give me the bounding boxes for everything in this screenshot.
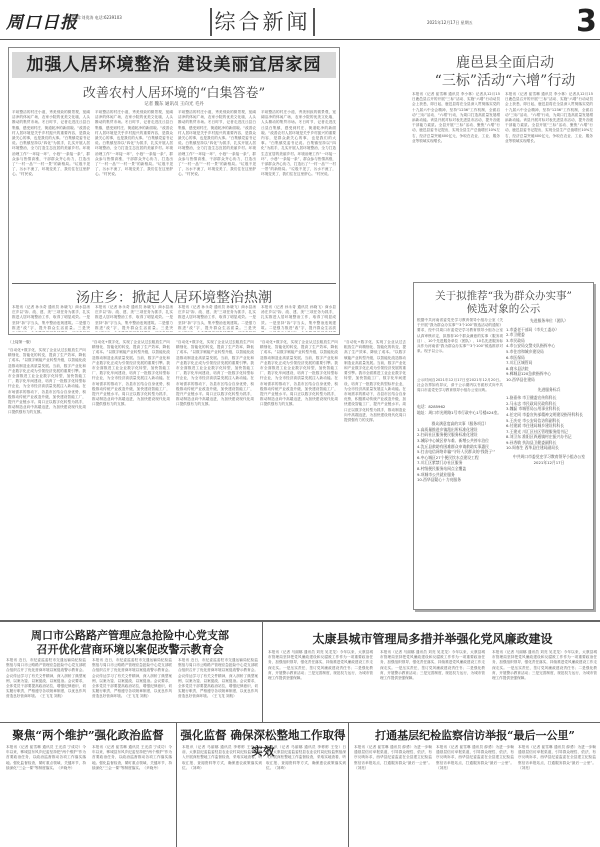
person-item: 10.周春生 西华县住建局副局长 xyxy=(506,445,592,451)
notice-persons-title: 先进服务标兵 xyxy=(506,387,592,393)
bottom-body: 本报讯 近日，市纪委监委驻市交通运输局纪检监察组与周口市公路路产管理应急抢险中心… xyxy=(92,658,172,718)
bottom-headline-3[interactable]: 聚焦“两个维护”强化政治监督 xyxy=(0,727,176,743)
date-line: 2021年12月17日 星期五 xyxy=(427,20,473,26)
divider xyxy=(0,722,600,723)
article-body-col3: 本报讯（记者 孙永奇 通讯员 孙晓飞）商水县汤庄乡以“拆、改、建、美”三项任务为… xyxy=(178,305,256,332)
bottom-body: 本报讯（记者 马丽娜 通讯员 刘亮 吴龙龙）今年以来，太康县城市管理局坚持把党风… xyxy=(380,650,485,718)
notice-address: 地址：周口市光明路1号市行政中心1号楼424室。 xyxy=(417,410,503,416)
continued-body-col3: “自动化+数字化，实现了企业从过去粗放生产向精细化、智能化的转变，提高了生产效率… xyxy=(176,340,254,598)
bottom-body: 本报讯（记者 崔雪琳 通讯员 薛勇）为进一步畅通基层信访举报渠道，引导群众理性、… xyxy=(354,745,432,845)
divider xyxy=(0,620,600,622)
notice-headline-2[interactable]: 候选对象的公示 xyxy=(413,301,594,316)
right-body-col1: 本报讯（记者 崔雪琳 通讯员 李小林）记者从12月15日鹿邑县召开的开展“三标”… xyxy=(412,92,500,274)
article-headline-tangzhuang[interactable]: 汤庄乡：掀起人居环境整治热潮 xyxy=(12,287,336,307)
continued-body-col4: “自动化+数字化，实现了企业从过去粗放生产向精细化、智能化的转变，提高了生产效率… xyxy=(260,340,338,598)
bottom-body: 本报讯（记者 马丽娜 通讯员 李彬彬 王莹）日前，太康县纪委监委驻县农业农村局纪… xyxy=(182,745,262,845)
continued-body-col2: “自动化+数字化，实现了企业从过去粗放生产向精细化、智能化的转变，提高了生产效率… xyxy=(92,340,170,598)
right-headline-2[interactable]: “三标”活动“六增”行动 xyxy=(410,70,600,90)
bottom-body: 本报讯 近日，市纪委监委驻市交通运输局纪检监察组与周口市公路路产管理应急抢险中心… xyxy=(178,658,258,718)
article-body-col4: 平坦整洁的村庄小道，秀美别致的微景观，宽阔洁净的休闲广场，农家小院的优美文化墙，… xyxy=(261,110,336,280)
right-headline-1[interactable]: 鹿邑县全面启动 xyxy=(410,52,600,72)
page-number: 3 xyxy=(576,4,597,39)
bottom-body: 本报讯（记者 崔雪琳 通讯员 王光清 宁成功）今年以来，郸城县东风乡纪委坚持把“… xyxy=(6,745,86,845)
article-byline: 记者 魏东 通讯员 王向光 毛丹 xyxy=(12,101,336,107)
continued-body-col5: “自动化+数字化，实现了企业从过去粗放生产向精细化、智能化的转变，提高了生产效率… xyxy=(344,340,406,598)
notice-right-col: 先进服务单位（团队） 1.市委老干部局（市关工委办） 2.市卫健委 3.市民政局… xyxy=(506,318,592,608)
article-body-col1: 本报讯（记者 孙永奇 通讯员 孙晓飞）商水县汤庄乡以“拆、改、建、美”三项任务为… xyxy=(12,305,90,332)
divider xyxy=(12,283,336,284)
project-item: 5.打击电信网络诈骗“守好人民群众的‘钱袋子’” xyxy=(417,449,503,455)
article-body-col1: 平坦整洁的村庄小道，秀美别致的微景观，宽阔洁净的休闲广场，农家小院的优美文化墙，… xyxy=(12,110,90,280)
divider xyxy=(262,622,263,722)
notice-units-title: 先进服务单位（团队） xyxy=(506,318,592,324)
editor-info: 值班编辑:刘贵涛 电话:6239103 xyxy=(64,15,122,21)
notice-intro: 根据中共河南省委党史学习教育领导小组办公室《关于开展“我为群众办实事”“3个10… xyxy=(417,318,503,378)
notice-signature: 中共周口市委党史学习教育领导小组办公室 xyxy=(506,454,592,460)
bottom-headline-2[interactable]: 太康县城市管理局多措并举强化党风廉政建设 xyxy=(265,630,600,647)
section-title: 综合新闻 xyxy=(210,8,315,36)
bottom-body: 本报讯（记者 马丽娜 通讯员 李彬彬 王莹）日前，太康县纪委监委驻县农业农村局纪… xyxy=(266,745,346,845)
divider xyxy=(176,723,177,847)
bottom-body: 本报讯（记者 马丽娜 通讯员 刘亮 吴龙龙）今年以来，太康县城市管理局坚持把党风… xyxy=(492,650,597,718)
article-body-col3: 平坦整洁的村庄小道，秀美别致的微景观，宽阔洁净的休闲广场，农家小院的优美文化墙，… xyxy=(178,110,256,280)
divider xyxy=(348,723,349,847)
project-item: 10.西华县疑心＋力亮服务 xyxy=(417,477,503,483)
notice-period: 公示时间自2021年12月17日至2021年12月20日。社会各界如有异议，请于… xyxy=(417,378,503,404)
bottom-body: 本报讯（记者 崔雪琳 通讯员 薛勇）为进一步畅通基层信访举报渠道，引导群众理性、… xyxy=(518,745,596,845)
bottom-body: 本报讯 近日，市纪委监委驻市交通运输局纪检监察组与周口市公路路产管理应急抢险中心… xyxy=(6,658,86,718)
article-body-col4: 本报讯（记者 孙永奇 通讯员 孙晓飞）商水县汤庄乡以“拆、改、建、美”三项任务为… xyxy=(261,305,336,332)
continued-body-col1: “自动化+数字化，实现了企业从过去粗放生产向精细化、智能化的转变，提高了生产效率… xyxy=(8,348,86,598)
bottom-body: 本报讯（记者 崔雪琳 通讯员 王光清 宁成功）今年以来，郸城县东风乡纪委坚持把“… xyxy=(92,745,172,845)
notice-date: 2021年12月17日 xyxy=(506,460,592,466)
bottom-body: 本报讯（记者 崔雪琳 通讯员 薛勇）为进一步畅通基层信访举报渠道，引导群众理性、… xyxy=(436,745,514,845)
masthead: 周口日报 值班编辑:刘贵涛 电话:6239103 综合新闻 2021年12月17… xyxy=(0,0,600,40)
article-headline-baiji[interactable]: 改善农村人居环境的“白集答卷” xyxy=(12,82,336,101)
right-body-col2: 本报讯（记者 崔雪琳 通讯员 李小林）记者从12月15日鹿邑县召开的开展“三标”… xyxy=(505,92,593,274)
unit-item: 10.西华县住建局 xyxy=(506,377,592,383)
feature-banner: 加强人居环境整治 建设美丽宜居家园 xyxy=(12,52,336,78)
bottom-headline-1b[interactable]: 召开优化营商环境以案促改警示教育会 xyxy=(0,641,260,657)
bottom-headline-5[interactable]: 打通基层纪检监察信访举报“最后一公里” xyxy=(350,727,600,743)
bottom-body: 本报讯（记者 马丽娜 通讯员 刘亮 吴龙龙）今年以来，太康县城市管理局坚持把党风… xyxy=(268,650,373,718)
person-item: 4.任定同 市委宣传部精神文明建设指导科科长 xyxy=(506,412,592,418)
article-body-col2: 本报讯（记者 孙永奇 通讯员 孙晓飞）商水县汤庄乡以“拆、改、建、美”三项任务为… xyxy=(95,305,173,332)
continued-label: （上接第一版） xyxy=(8,340,86,348)
article-body-col2: 平坦整洁的村庄小道，秀美别致的微景观，宽阔洁净的休闲广场，农家小院的优美文化墙，… xyxy=(95,110,173,280)
notice-left-col: 根据中共河南省委党史学习教育领导小组办公室《关于开展“我为群众办实事”“3个10… xyxy=(417,318,503,608)
